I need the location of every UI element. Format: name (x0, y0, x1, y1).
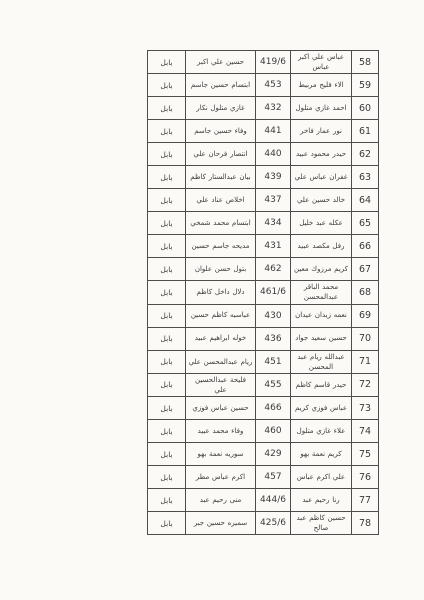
exam-number-cell: 461/6 (256, 281, 291, 304)
name-right-cell: رنا رحيم عبد (291, 489, 352, 512)
exam-number-cell: 436 (256, 327, 291, 350)
table-row: 62 حيدر محمود عبيد 440 انتصار فرحان علي … (148, 143, 379, 166)
name-right-cell: عكله عبد خليل (291, 212, 352, 235)
exam-number-cell: 441 (256, 120, 291, 143)
name-right-cell: حيدر قاسم كاظم (291, 373, 352, 396)
name-right-cell: محمد الباقر عبدالمحسن (291, 281, 352, 304)
exam-number-cell: 429 (256, 443, 291, 466)
name-left-cell: اخلاص عناد علي (186, 189, 256, 212)
name-right-cell: نور عمار فاخر (291, 120, 352, 143)
table-row: 60 احمد غازي متلول 432 غازي متلول نكار ب… (148, 97, 379, 120)
name-left-cell: غازي متلول نكار (186, 97, 256, 120)
name-left-cell: حسين علي اكبر (186, 51, 256, 74)
row-number-cell: 72 (352, 373, 379, 396)
name-left-cell: وفاء حسين جاسم (186, 120, 256, 143)
province-cell: بابل (148, 51, 186, 74)
table-row: 74 علاء غازي متلول 460 وفاء محمد عبيد با… (148, 420, 379, 443)
roster-table-body: 58 عباس علي اكبر عباس 419/6 حسين علي اكب… (148, 51, 379, 535)
exam-number-cell: 457 (256, 466, 291, 489)
province-cell: بابل (148, 512, 186, 535)
province-cell: بابل (148, 327, 186, 350)
name-right-cell: خالد حسين علي (291, 189, 352, 212)
province-cell: بابل (148, 258, 186, 281)
name-left-cell: خوله ابراهيم عبيد (186, 327, 256, 350)
exam-number-cell: 419/6 (256, 51, 291, 74)
scanned-document-page: 58 عباس علي اكبر عباس 419/6 حسين علي اكب… (0, 0, 424, 600)
name-right-cell: حسين كاظم عبد صالح (291, 512, 352, 535)
row-number-cell: 77 (352, 489, 379, 512)
province-cell: بابل (148, 350, 186, 373)
exam-number-cell: 425/6 (256, 512, 291, 535)
table-row: 78 حسين كاظم عبد صالح 425/6 سميره حسين ج… (148, 512, 379, 535)
name-left-cell: مديحه جاسم حسين (186, 235, 256, 258)
name-right-cell: غفران عباس علي (291, 166, 352, 189)
table-row: 73 عباس فوزي كريم 466 حسين عباس فوزي باب… (148, 397, 379, 420)
name-left-cell: منى رحيم عبد (186, 489, 256, 512)
province-cell: بابل (148, 97, 186, 120)
province-cell: بابل (148, 74, 186, 97)
exam-number-cell: 455 (256, 373, 291, 396)
table-row: 67 كريم مرزوك معين 462 بتول حسن علوان با… (148, 258, 379, 281)
row-number-cell: 66 (352, 235, 379, 258)
name-right-cell: حيدر محمود عبيد (291, 143, 352, 166)
exam-number-cell: 431 (256, 235, 291, 258)
exam-number-cell: 460 (256, 420, 291, 443)
name-left-cell: ريام عبدالمحسن علي (186, 350, 256, 373)
name-right-cell: احمد غازي متلول (291, 97, 352, 120)
exam-number-cell: 439 (256, 166, 291, 189)
province-cell: بابل (148, 235, 186, 258)
table-row: 71 عبدالله ريام عبد المحسن 451 ريام عبدا… (148, 350, 379, 373)
exam-number-cell: 434 (256, 212, 291, 235)
table-row: 64 خالد حسين علي 437 اخلاص عناد علي بابل (148, 189, 379, 212)
province-cell: بابل (148, 489, 186, 512)
name-left-cell: بيان عبدالستار كاظم (186, 166, 256, 189)
table-row: 59 الاء فليح مربيط 453 ابتسام حسين جاسم … (148, 74, 379, 97)
table-row: 70 حسين سعيد جواد 436 خوله ابراهيم عبيد … (148, 327, 379, 350)
table-row: 61 نور عمار فاخر 441 وفاء حسين جاسم بابل (148, 120, 379, 143)
name-right-cell: علاء غازي متلول (291, 420, 352, 443)
row-number-cell: 61 (352, 120, 379, 143)
name-left-cell: فليحة عبدالحسين علي (186, 373, 256, 396)
exam-number-cell: 440 (256, 143, 291, 166)
province-cell: بابل (148, 466, 186, 489)
name-left-cell: سميره حسين جبر (186, 512, 256, 535)
name-left-cell: ابتسام محمد شمخي (186, 212, 256, 235)
province-cell: بابل (148, 373, 186, 396)
table-row: 65 عكله عبد خليل 434 ابتسام محمد شمخي با… (148, 212, 379, 235)
table-row: 77 رنا رحيم عبد 444/6 منى رحيم عبد بابل (148, 489, 379, 512)
name-left-cell: اكرم عباس مطر (186, 466, 256, 489)
row-number-cell: 59 (352, 74, 379, 97)
name-right-cell: رفل مكصد عبيد (291, 235, 352, 258)
name-left-cell: سوريه نعمة بهو (186, 443, 256, 466)
row-number-cell: 76 (352, 466, 379, 489)
table-row: 63 غفران عباس علي 439 بيان عبدالستار كاظ… (148, 166, 379, 189)
row-number-cell: 58 (352, 51, 379, 74)
name-left-cell: انتصار فرحان علي (186, 143, 256, 166)
row-number-cell: 68 (352, 281, 379, 304)
row-number-cell: 67 (352, 258, 379, 281)
province-cell: بابل (148, 420, 186, 443)
name-right-cell: عبدالله ريام عبد المحسن (291, 350, 352, 373)
table-row: 75 كريم نعمة بهو 429 سوريه نعمة بهو بابل (148, 443, 379, 466)
province-cell: بابل (148, 304, 186, 327)
province-cell: بابل (148, 120, 186, 143)
table-row: 66 رفل مكصد عبيد 431 مديحه جاسم حسين باب… (148, 235, 379, 258)
province-cell: بابل (148, 189, 186, 212)
name-right-cell: علي اكرم عباس (291, 466, 352, 489)
table-row: 68 محمد الباقر عبدالمحسن 461/6 دلال داخل… (148, 281, 379, 304)
row-number-cell: 75 (352, 443, 379, 466)
table-row: 69 نعمه زيدان عيدان 430 عباسيه كاظم حسين… (148, 304, 379, 327)
row-number-cell: 64 (352, 189, 379, 212)
row-number-cell: 71 (352, 350, 379, 373)
row-number-cell: 62 (352, 143, 379, 166)
exam-number-cell: 430 (256, 304, 291, 327)
province-cell: بابل (148, 212, 186, 235)
exam-number-cell: 432 (256, 97, 291, 120)
province-cell: بابل (148, 166, 186, 189)
province-cell: بابل (148, 397, 186, 420)
name-right-cell: كريم نعمة بهو (291, 443, 352, 466)
name-left-cell: وفاء محمد عبيد (186, 420, 256, 443)
province-cell: بابل (148, 443, 186, 466)
name-right-cell: نعمه زيدان عيدان (291, 304, 352, 327)
table-row: 72 حيدر قاسم كاظم 455 فليحة عبدالحسين عل… (148, 373, 379, 396)
exam-number-cell: 466 (256, 397, 291, 420)
row-number-cell: 73 (352, 397, 379, 420)
row-number-cell: 78 (352, 512, 379, 535)
exam-number-cell: 453 (256, 74, 291, 97)
row-number-cell: 60 (352, 97, 379, 120)
province-cell: بابل (148, 281, 186, 304)
name-left-cell: ابتسام حسين جاسم (186, 74, 256, 97)
exam-number-cell: 462 (256, 258, 291, 281)
row-number-cell: 69 (352, 304, 379, 327)
name-right-cell: حسين سعيد جواد (291, 327, 352, 350)
name-right-cell: كريم مرزوك معين (291, 258, 352, 281)
name-left-cell: عباسيه كاظم حسين (186, 304, 256, 327)
row-number-cell: 70 (352, 327, 379, 350)
name-right-cell: عباس فوزي كريم (291, 397, 352, 420)
exam-number-cell: 451 (256, 350, 291, 373)
name-left-cell: دلال داخل كاظم (186, 281, 256, 304)
name-left-cell: بتول حسن علوان (186, 258, 256, 281)
table-row: 76 علي اكرم عباس 457 اكرم عباس مطر بابل (148, 466, 379, 489)
row-number-cell: 74 (352, 420, 379, 443)
table-row: 58 عباس علي اكبر عباس 419/6 حسين علي اكب… (148, 51, 379, 74)
row-number-cell: 65 (352, 212, 379, 235)
row-number-cell: 63 (352, 166, 379, 189)
name-right-cell: عباس علي اكبر عباس (291, 51, 352, 74)
roster-table: 58 عباس علي اكبر عباس 419/6 حسين علي اكب… (147, 50, 379, 535)
exam-number-cell: 444/6 (256, 489, 291, 512)
name-left-cell: حسين عباس فوزي (186, 397, 256, 420)
province-cell: بابل (148, 143, 186, 166)
name-right-cell: الاء فليح مربيط (291, 74, 352, 97)
exam-number-cell: 437 (256, 189, 291, 212)
